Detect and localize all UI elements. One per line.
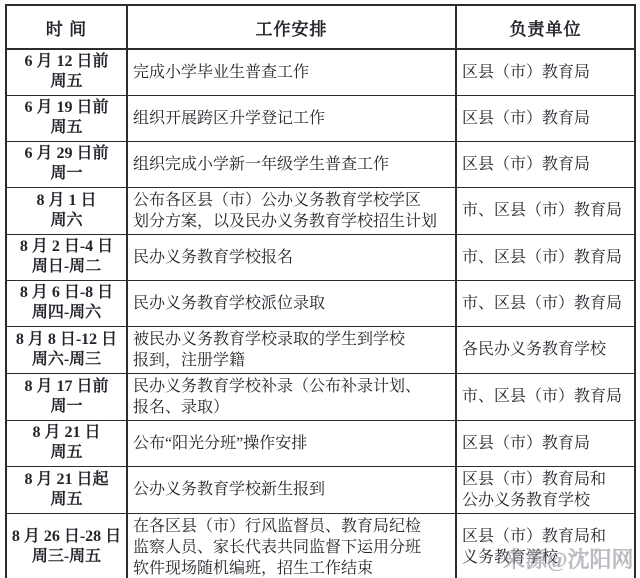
time-cell: 6 月 12 日前 周五 [6,49,127,95]
table-row: 8 月 1 日 周六 公布各区县（市）公办义务教育学校学区 划分方案，以及民办义… [6,187,635,234]
table-row: 6 月 19 日前 周五 组织开展跨区升学登记工作 区县（市）教育局 [6,95,635,141]
column-header-task: 工作安排 [127,5,456,49]
task-cell: 组织完成小学新一年级学生普查工作 [127,141,456,187]
task-cell: 在各区县（市）行风监督员、教育局纪检 监察人员、家长代表共同监督下运用分班 软件… [127,513,456,578]
table-row: 8 月 2 日-4 日 周日-周二 民办义务教育学校报名 市、区县（市）教育局 [6,234,635,280]
time-cell: 6 月 29 日前 周一 [6,141,127,187]
task-cell: 公布各区县（市）公办义务教育学校学区 划分方案，以及民办义务教育学校招生计划 [127,187,456,234]
unit-cell: 区县（市）教育局 [456,95,635,141]
unit-cell: 市、区县（市）教育局 [456,373,635,420]
table-row: 8 月 21 日起 周五 公办义务教育学校新生报到 区县（市）教育局和 公办义务… [6,466,635,513]
table-row: 8 月 8 日-12 日 周六-周三 被民办义务教育学校录取的学生到学校 报到，… [6,326,635,373]
table-header: 时 间 工作安排 负责单位 [6,5,635,49]
unit-cell: 各民办义务教育学校 [456,326,635,373]
time-cell: 8 月 1 日 周六 [6,187,127,234]
task-cell: 公办义务教育学校新生报到 [127,466,456,513]
unit-cell: 区县（市）教育局 [456,420,635,466]
time-cell: 8 月 6 日-8 日 周四-周六 [6,280,127,326]
table-row: 8 月 17 日前 周一 民办义务教育学校补录（公布补录计划、 报名、录取） 市… [6,373,635,420]
table-row: 6 月 29 日前 周一 组织完成小学新一年级学生普查工作 区县（市）教育局 [6,141,635,187]
unit-cell: 区县（市）教育局 [456,49,635,95]
time-cell: 8 月 8 日-12 日 周六-周三 [6,326,127,373]
unit-cell: 区县（市）教育局 [456,141,635,187]
time-cell: 8 月 2 日-4 日 周日-周二 [6,234,127,280]
header-row: 时 间 工作安排 负责单位 [6,5,635,49]
unit-cell: 市、区县（市）教育局 [456,280,635,326]
column-header-time: 时 间 [6,5,127,49]
page: 时 间 工作安排 负责单位 6 月 12 日前 周五 完成小学毕业生普查工作 区… [0,0,640,578]
task-cell: 民办义务教育学校报名 [127,234,456,280]
time-cell: 8 月 17 日前 周一 [6,373,127,420]
task-cell: 完成小学毕业生普查工作 [127,49,456,95]
table-row: 8 月 21 日 周五 公布“阳光分班”操作安排 区县（市）教育局 [6,420,635,466]
schedule-table: 时 间 工作安排 负责单位 6 月 12 日前 周五 完成小学毕业生普查工作 区… [5,4,636,578]
table-row: 8 月 6 日-8 日 周四-周六 民办义务教育学校派位录取 市、区县（市）教育… [6,280,635,326]
task-cell: 民办义务教育学校补录（公布补录计划、 报名、录取） [127,373,456,420]
table-body: 6 月 12 日前 周五 完成小学毕业生普查工作 区县（市）教育局 6 月 19… [6,49,635,578]
task-cell: 被民办义务教育学校录取的学生到学校 报到，注册学籍 [127,326,456,373]
unit-cell: 市、区县（市）教育局 [456,187,635,234]
task-cell: 民办义务教育学校派位录取 [127,280,456,326]
table-row: 8 月 26 日-28 日 周三-周五 在各区县（市）行风监督员、教育局纪检 监… [6,513,635,578]
task-cell: 公布“阳光分班”操作安排 [127,420,456,466]
unit-cell: 区县（市）教育局和 义务教育学校 [456,513,635,578]
table-row: 6 月 12 日前 周五 完成小学毕业生普查工作 区县（市）教育局 [6,49,635,95]
unit-cell: 区县（市）教育局和 公办义务教育学校 [456,466,635,513]
column-header-unit: 负责单位 [456,5,635,49]
time-cell: 6 月 19 日前 周五 [6,95,127,141]
time-cell: 8 月 21 日起 周五 [6,466,127,513]
time-cell: 8 月 26 日-28 日 周三-周五 [6,513,127,578]
task-cell: 组织开展跨区升学登记工作 [127,95,456,141]
time-cell: 8 月 21 日 周五 [6,420,127,466]
unit-cell: 市、区县（市）教育局 [456,234,635,280]
